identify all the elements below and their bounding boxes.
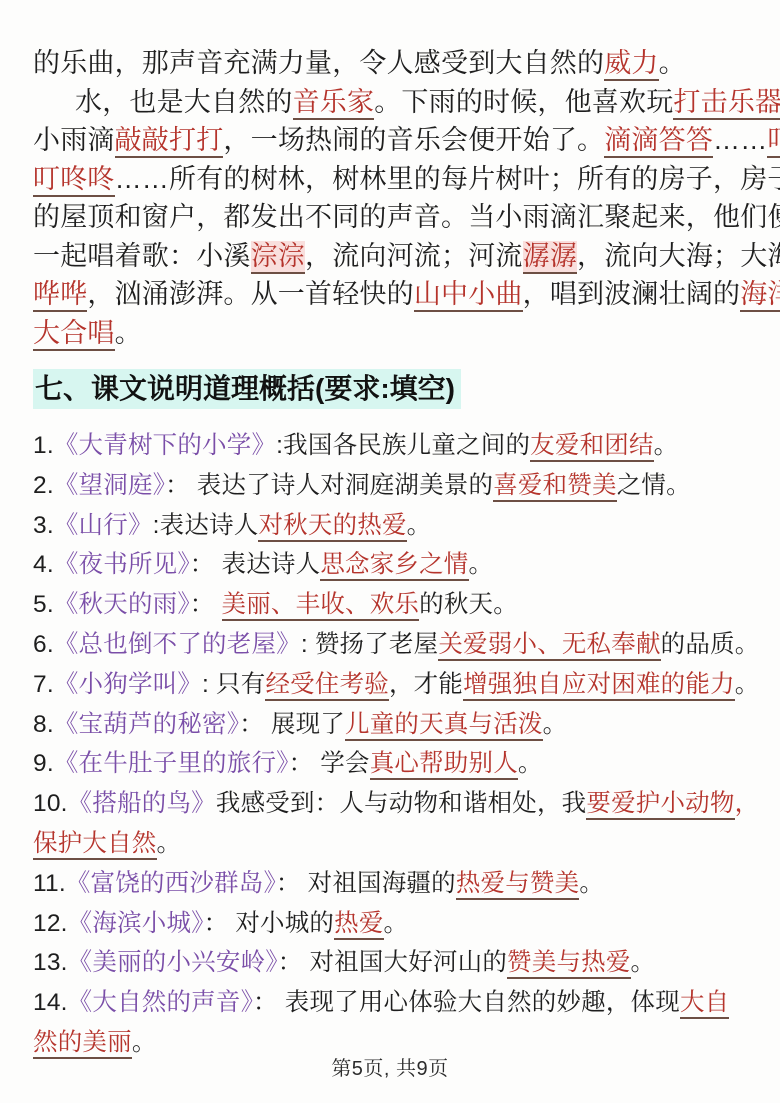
answer-text: 美丽、丰收、欢乐 [222,591,420,621]
text-segment: 。 [579,870,604,897]
paragraph-line: 小雨滴敲敲打打，一场热闹的音乐会便开始了。滴滴答答……叮 [33,121,754,160]
text-segment: 一起唱着歌：小溪 [33,241,251,271]
book-title: 《大自然的声音》 [68,989,253,1016]
answer-text: 友爱和团结 [530,432,654,462]
text-segment: 。 [654,432,679,459]
list-item-line: 14.《大自然的声音》： 表现了用心体验大自然的妙趣，体现大自 [33,983,754,1023]
list-item-line: 6.《总也倒不了的老屋》: 赞扬了老屋关爱弱小、无私奉献的品质。 [33,625,754,665]
text-segment: 。 [735,671,760,698]
paragraph-line: 的乐曲，那声音充满力量，令人感受到大自然的威力。 [33,44,754,83]
list-item-line: 1.《大青树下的小学》:我国各民族儿童之间的友爱和团结。 [33,426,754,466]
answer-text: 滴滴答答 [604,125,713,158]
answer-text: 哗哗 [33,279,87,312]
text-segment: ，流向大海；大海 [577,241,780,271]
text-segment: 1. [33,432,54,459]
text-segment: ： 表达诗人 [190,551,321,578]
text-segment: ： 表达了诗人对洞庭湖美景的 [165,472,493,499]
text-segment: 11. [33,870,66,897]
text-segment: 。 [518,750,543,777]
book-title: 《美丽的小兴安岭》 [68,949,278,976]
list-item-line: 9.《在牛肚子里的旅行》： 学会真心帮助别人。 [33,744,754,784]
answer-text: 海洋 [740,279,780,312]
answer-text: ， [735,790,760,817]
text-segment: 3. [33,512,54,539]
book-title: 《宝葫芦的秘密》 [54,711,239,738]
text-segment: 的乐曲，那声音充满力量，令人感受到大自然的 [33,48,604,78]
answer-text: 叮咚咚 [33,164,115,197]
answer-text: 儿童的天真与活泼 [345,711,543,741]
text-segment: ： [190,591,222,618]
book-title: 《总也倒不了的老屋》 [54,631,301,658]
answer-text: 保护大自然 [33,830,157,860]
text-segment: ： 对祖国海疆的 [276,870,456,897]
book-title: 《海滨小城》 [68,910,204,937]
text-segment: 的屋顶和窗户，都发出不同的声音。当小雨滴汇聚起来，他们便 [33,202,780,232]
document-page: 的乐曲，那声音充满力量，令人感受到大自然的威力。水，也是大自然的音乐家。下雨的时… [0,0,780,1103]
text-segment: 7. [33,671,54,698]
text-segment: :我国各民族儿童之间的 [276,432,530,459]
list-item-line: 8.《宝葫芦的秘密》： 展现了儿童的天真与活泼。 [33,705,754,745]
text-segment: 我感受到：人与动物和谐相处，我 [216,790,587,817]
paragraph-line: 一起唱着歌：小溪淙淙，流向河流；河流潺潺，流向大海；大海 [33,237,754,276]
answer-text: 打击乐器 [673,87,780,120]
section-title: 七、课文说明道理概括(要求:填空) [33,369,461,409]
text-segment: ，唱到波澜壮阔的 [523,279,741,309]
text-segment: ，才能 [389,671,463,698]
text-segment: 水，也是大自然的 [75,87,293,117]
text-segment: 。 [157,830,182,857]
text-segment: 。 [384,910,409,937]
answer-text: 关爱弱小、无私奉献 [438,631,660,661]
text-segment: 6. [33,631,54,658]
text-segment: 。 [115,318,142,348]
paragraph-line: 叮咚咚……所有的树林，树林里的每片树叶；所有的房子，房子 [33,160,754,199]
answer-text: 经受住考验 [265,671,389,701]
section-header-row: 七、课文说明道理概括(要求:填空) [33,369,754,409]
text-segment: 10. [33,790,68,817]
text-segment: …… [713,125,767,155]
list-item-line: 11.《富饶的西沙群岛》： 对祖国海疆的热爱与赞美。 [33,864,754,904]
text-segment: 。 [659,48,686,78]
list-item-line: 7.《小狗学叫》: 只有经受住考验，才能增强独自应对困难的能力。 [33,665,754,705]
answer-text: 增强独自应对困难的能力 [463,671,735,701]
lesson-summary-list: 1.《大青树下的小学》:我国各民族儿童之间的友爱和团结。2.《望洞庭》： 表达了… [33,426,754,1063]
text-segment: 13. [33,949,68,976]
text-segment: 。 [469,551,494,578]
book-title: 《大青树下的小学》 [54,432,276,459]
paragraph-line: 大合唱。 [33,314,754,353]
page-number-footer: 第5页, 共9页 [0,1052,780,1081]
answer-text: 大自 [680,989,729,1019]
book-title: 《在牛肚子里的旅行》 [54,750,289,777]
book-title: 《秋天的雨》 [54,591,190,618]
text-segment: 9. [33,750,54,777]
text-segment: 5. [33,591,54,618]
text-segment: 。下雨的时候，他喜欢玩 [374,87,673,117]
paragraph-line: 水，也是大自然的音乐家。下雨的时候，他喜欢玩打击乐器。 [33,83,754,122]
text-segment: 。 [631,949,656,976]
text-segment: : 只有 [202,671,265,698]
list-item-line: 3.《山行》:表达诗人对秋天的热爱。 [33,506,754,546]
text-segment: ，流向河流；河流 [305,241,523,271]
answer-text-highlighted: 潺潺 [523,241,577,274]
text-segment: ： 学会 [289,750,370,777]
answer-text: 威力 [604,48,658,81]
answer-text-highlighted: 淙淙 [251,241,305,274]
paragraph-line: 的屋顶和窗户，都发出不同的声音。当小雨滴汇聚起来，他们便 [33,198,754,237]
text-segment: 12. [33,910,68,937]
text-segment: : 赞扬了老屋 [301,631,439,658]
book-title: 《小狗学叫》 [54,671,202,698]
answer-text: 思念家乡之情 [320,551,468,581]
answer-text: 叮 [767,125,780,158]
list-item-line: 2.《望洞庭》： 表达了诗人对洞庭湖美景的喜爱和赞美之情。 [33,466,754,506]
text-segment: 之情。 [617,472,691,499]
text-segment: 2. [33,472,54,499]
answer-text: 大合唱 [33,318,115,351]
book-title: 《望洞庭》 [54,472,165,499]
text-segment: ： 表现了用心体验大自然的妙趣，体现 [253,989,680,1016]
text-segment: 。 [543,711,568,738]
text-segment: 14. [33,989,68,1016]
answer-text: 音乐家 [293,87,375,120]
text-segment: 小雨滴 [33,125,115,155]
answer-text: 热爱与赞美 [456,870,580,900]
answer-text: 敲敲打打 [115,125,224,158]
book-title: 《夜书所见》 [54,551,190,578]
text-segment: 。 [407,512,432,539]
text-segment: ……所有的树林，树林里的每片树叶；所有的房子，房子 [115,164,780,194]
answer-text: 热爱 [334,910,383,940]
book-title: 《山行》 [54,512,153,539]
answer-text: 要爱护小动物 [586,790,734,820]
text-segment: 的秋天。 [419,591,518,618]
text-segment: :表达诗人 [153,512,259,539]
paragraph-line: 哗哗，汹涌澎湃。从一首轻快的山中小曲，唱到波澜壮阔的海洋 [33,275,754,314]
text-segment: ，一场热闹的音乐会便开始了。 [223,125,604,155]
answer-text: 真心帮助别人 [370,750,518,780]
answer-text: 赞美与热爱 [507,949,631,979]
text-segment: 8. [33,711,54,738]
list-item-line: 10.《搭船的鸟》我感受到：人与动物和谐相处，我要爱护小动物， [33,784,754,824]
list-item-line: 保护大自然。 [33,824,754,864]
list-item-line: 4.《夜书所见》： 表达诗人思念家乡之情。 [33,545,754,585]
text-segment: ，汹涌澎湃。从一首轻快的 [87,279,413,309]
text-segment: 4. [33,551,54,578]
answer-text: 山中小曲 [414,279,523,312]
book-title: 《富饶的西沙群岛》 [66,870,276,897]
nature-sounds-paragraph: 的乐曲，那声音充满力量，令人感受到大自然的威力。水，也是大自然的音乐家。下雨的时… [33,44,754,352]
answer-text: 对秋天的热爱 [258,512,406,542]
text-segment: ： 展现了 [239,711,345,738]
text-segment: ： 对祖国大好河山的 [278,949,507,976]
book-title: 《搭船的鸟》 [68,790,216,817]
list-item-line: 12.《海滨小城》： 对小城的热爱。 [33,904,754,944]
text-segment: 的品质。 [661,631,760,658]
list-item-line: 13.《美丽的小兴安岭》： 对祖国大好河山的赞美与热爱。 [33,943,754,983]
answer-text: 喜爱和赞美 [493,472,617,502]
text-segment: ： 对小城的 [204,910,335,937]
list-item-line: 5.《秋天的雨》： 美丽、丰收、欢乐的秋天。 [33,585,754,625]
